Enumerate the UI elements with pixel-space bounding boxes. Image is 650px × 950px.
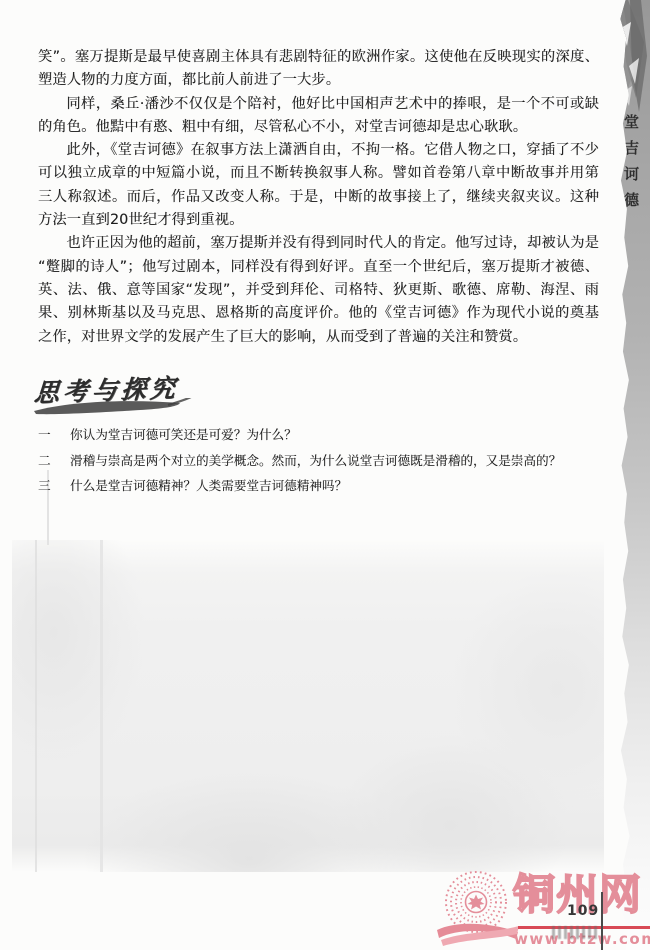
page-number-rule	[601, 892, 603, 950]
question-number: 二	[38, 450, 56, 471]
brush-texture-icon	[617, 0, 650, 130]
watermark-seal-icon	[436, 866, 520, 950]
question-text: 什么是堂吉诃德精神？人类需要堂吉诃德精神吗？	[70, 475, 586, 496]
obscured-footer-text	[552, 926, 598, 939]
scan-artifact-shade	[12, 540, 604, 872]
textbook-page: 笑”。塞万提斯是最早使喜剧主体具有悲剧特征的欧洲作家。这使他在反映现实的深度、塑…	[0, 0, 650, 950]
question-row: 二 滑稽与崇高是两个对立的美学概念。然而，为什么说堂吉诃德既是滑稽的，又是崇高的…	[38, 450, 586, 471]
body-paragraph: 此外，《堂吉诃德》在叙事方法上潇洒自由，不拘一格。它借人物之口，穿插了不少可以独…	[38, 139, 599, 232]
question-row: 一 你认为堂吉诃德可笑还是可爱？为什么？	[38, 424, 586, 445]
star-icon	[468, 895, 485, 910]
side-tab-title: 堂吉诃德	[621, 114, 642, 218]
question-row: 三 什么是堂吉诃德精神？人类需要堂吉诃德精神吗？	[38, 475, 586, 496]
section-header: 思考与探究	[34, 371, 234, 419]
body-paragraph: 也许正因为他的超前，塞万提斯并没有得到同时代人的肯定。他写过诗，却被认为是“蹩脚…	[38, 232, 599, 348]
page-number: 109	[567, 903, 599, 919]
question-text: 你认为堂吉诃德可笑还是可爱？为什么？	[70, 424, 586, 445]
body-paragraph: 同样，桑丘·潘沙不仅仅是个陪衬，他好比中国相声艺术中的捧哏，是一个不可或缺的角色…	[38, 93, 599, 140]
question-text: 滑稽与崇高是两个对立的美学概念。然而，为什么说堂吉诃德既是滑稽的，又是崇高的？	[70, 450, 586, 471]
calligraphy-underline-icon	[30, 398, 192, 420]
body-paragraph: 笑”。塞万提斯是最早使喜剧主体具有悲剧特征的欧洲作家。这使他在反映现实的深度、塑…	[38, 46, 599, 93]
questions-list: 一 你认为堂吉诃德可笑还是可爱？为什么？ 二 滑稽与崇高是两个对立的美学概念。然…	[38, 424, 586, 501]
scan-streak	[35, 540, 37, 872]
question-number: 三	[38, 475, 56, 496]
question-number: 一	[38, 424, 56, 445]
chapter-side-tab: 堂吉诃德	[617, 0, 650, 950]
body-text: 笑”。塞万提斯是最早使喜剧主体具有悲剧特征的欧洲作家。这使他在反映现实的深度、塑…	[38, 46, 599, 349]
watermark: 铜州网 www.btzw.com	[436, 864, 650, 950]
scan-streak	[100, 540, 103, 872]
